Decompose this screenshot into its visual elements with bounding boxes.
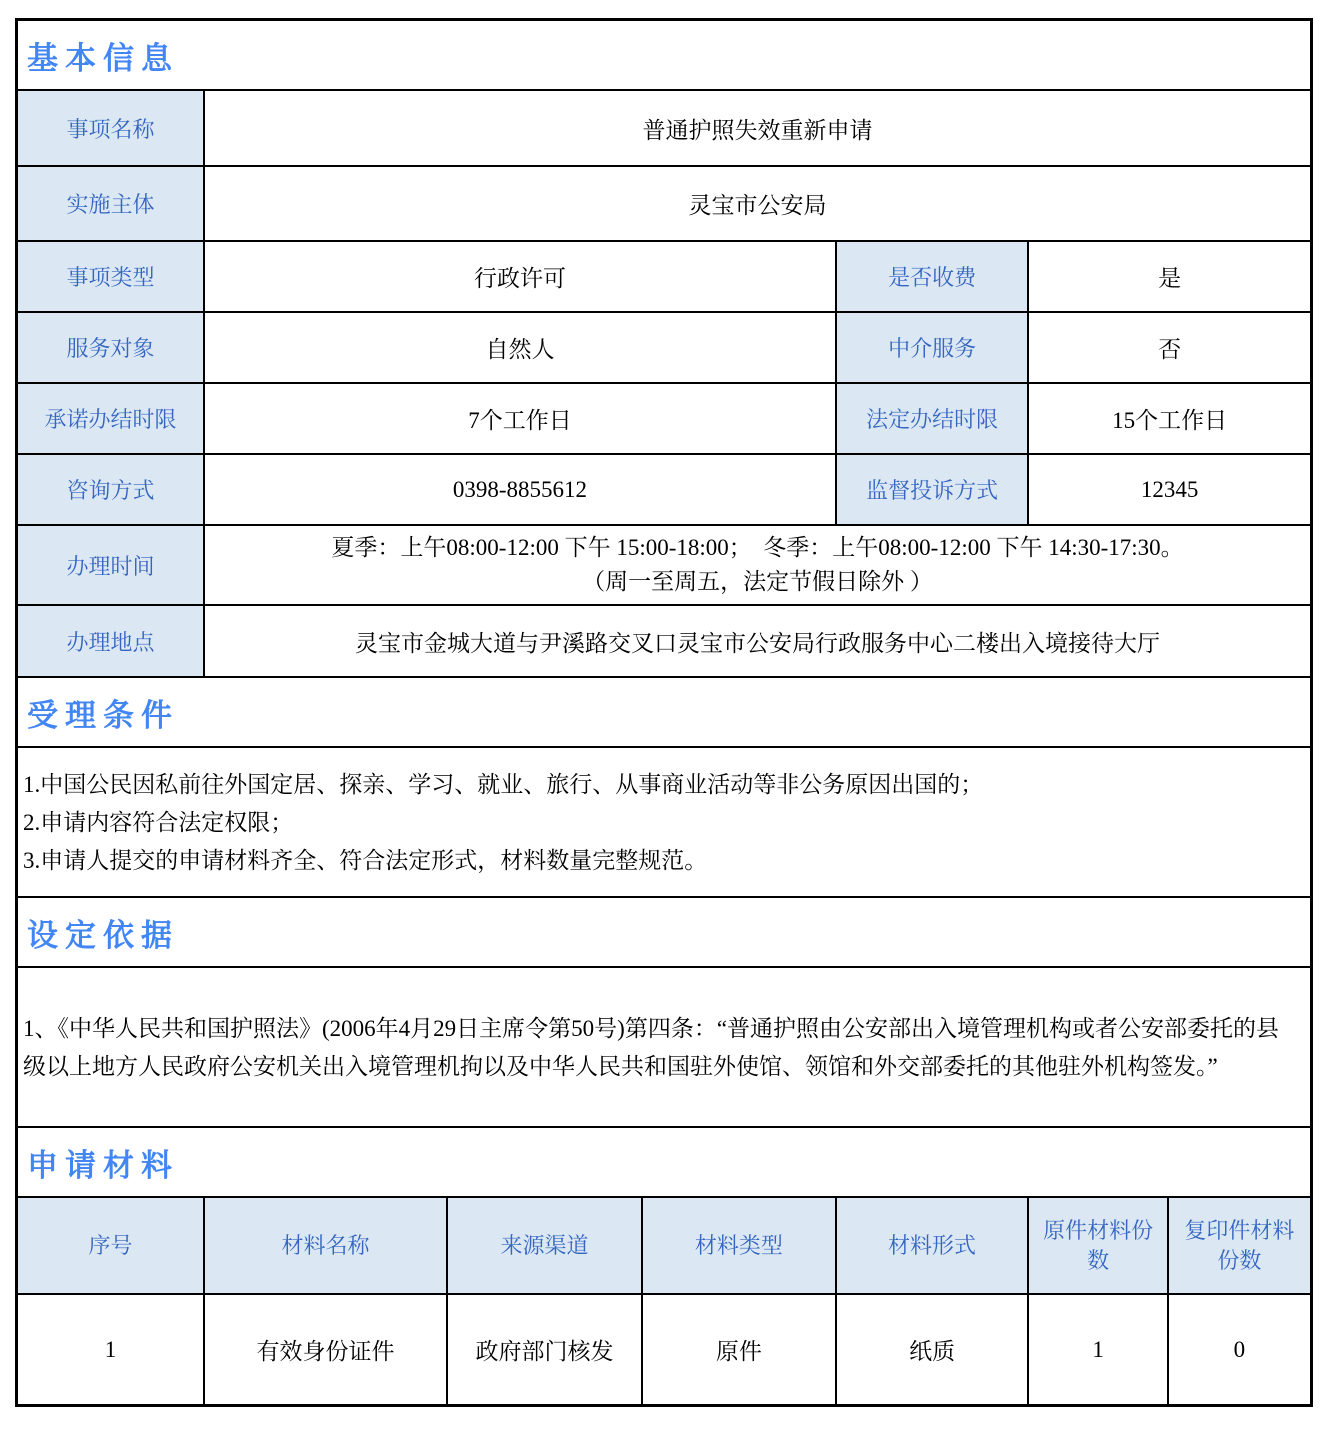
value-item-type: 行政许可: [204, 241, 836, 312]
materials-cell-source: 政府部门核发: [447, 1294, 642, 1404]
service-guide-document: 基本信息 事项名称 普通护照失效重新申请 实施主体 灵宝市公安局 事项类型 行政…: [15, 18, 1313, 1407]
table-row: 办理时间 夏季：上午08:00-12:00 下午 15:00-18:00； 冬季…: [18, 525, 1310, 605]
acceptance-condition-line: 3.申请人提交的申请材料齐全、符合法定形式，材料数量完整规范。: [23, 842, 1302, 880]
section-title-legal-basis: 设定依据: [18, 896, 1310, 968]
materials-header-seq: 序号: [18, 1198, 204, 1294]
label-service-target: 服务对象: [18, 312, 204, 383]
table-row: 服务对象 自然人 中介服务 否: [18, 312, 1310, 383]
label-item-type: 事项类型: [18, 241, 204, 312]
materials-header-row: 序号 材料名称 来源渠道 材料类型 材料形式 原件材料份数 复印件材料份数: [18, 1198, 1310, 1294]
legal-basis-body: 1、《中华人民共和国护照法》(2006年4月29日主席令第50号)第四条：“普通…: [18, 968, 1310, 1126]
value-office-location: 灵宝市金城大道与尹溪路交叉口灵宝市公安局行政服务中心二楼出入境接待大厅: [204, 605, 1310, 676]
value-promised-limit: 7个工作日: [204, 383, 836, 454]
value-implementer: 灵宝市公安局: [204, 166, 1310, 241]
legal-basis-text: 1、《中华人民共和国护照法》(2006年4月29日主席令第50号)第四条：“普通…: [23, 1010, 1302, 1086]
materials-cell-original-count: 1: [1028, 1294, 1168, 1404]
materials-header-name: 材料名称: [204, 1198, 447, 1294]
label-consult-method: 咨询方式: [18, 454, 204, 525]
label-supervise-method: 监督投诉方式: [836, 454, 1029, 525]
materials-cell-seq: 1: [18, 1294, 204, 1404]
materials-cell-type: 原件: [642, 1294, 836, 1404]
materials-header-type: 材料类型: [642, 1198, 836, 1294]
label-fee: 是否收费: [836, 241, 1029, 312]
section-title-application-materials: 申请材料: [18, 1126, 1310, 1198]
materials-data-row: 1 有效身份证件 政府部门核发 原件 纸质 1 0: [18, 1294, 1310, 1404]
value-consult-method: 0398-8855612: [204, 454, 836, 525]
value-supervise-method: 12345: [1028, 454, 1310, 525]
acceptance-condition-line: 1.中国公民因私前往外国定居、探亲、学习、就业、旅行、从事商业活动等非公务原因出…: [23, 766, 1302, 804]
label-implementer: 实施主体: [18, 166, 204, 241]
materials-header-copy-count: 复印件材料份数: [1168, 1198, 1310, 1294]
table-row: 办理地点 灵宝市金城大道与尹溪路交叉口灵宝市公安局行政服务中心二楼出入境接待大厅: [18, 605, 1310, 676]
table-row: 实施主体 灵宝市公安局: [18, 166, 1310, 241]
materials-cell-name: 有效身份证件: [204, 1294, 447, 1404]
value-legal-limit: 15个工作日: [1028, 383, 1310, 454]
label-office-location: 办理地点: [18, 605, 204, 676]
table-row: 承诺办结时限 7个工作日 法定办结时限 15个工作日: [18, 383, 1310, 454]
label-intermediary: 中介服务: [836, 312, 1029, 383]
section-title-basic-info: 基本信息: [18, 21, 1310, 91]
section-title-acceptance-conditions: 受理条件: [18, 676, 1310, 748]
acceptance-condition-line: 2.申请内容符合法定权限；: [23, 804, 1302, 842]
value-fee: 是: [1028, 241, 1310, 312]
label-office-hours: 办理时间: [18, 525, 204, 605]
value-office-hours: 夏季：上午08:00-12:00 下午 15:00-18:00； 冬季：上午08…: [204, 525, 1310, 605]
materials-cell-form: 纸质: [836, 1294, 1029, 1404]
materials-cell-copy-count: 0: [1168, 1294, 1310, 1404]
label-legal-limit: 法定办结时限: [836, 383, 1029, 454]
basic-info-table: 事项名称 普通护照失效重新申请 实施主体 灵宝市公安局 事项类型 行政许可 是否…: [18, 91, 1310, 676]
table-row: 事项类型 行政许可 是否收费 是: [18, 241, 1310, 312]
table-row: 咨询方式 0398-8855612 监督投诉方式 12345: [18, 454, 1310, 525]
materials-header-original-count: 原件材料份数: [1028, 1198, 1168, 1294]
value-intermediary: 否: [1028, 312, 1310, 383]
table-row: 事项名称 普通护照失效重新申请: [18, 91, 1310, 166]
materials-table: 序号 材料名称 来源渠道 材料类型 材料形式 原件材料份数 复印件材料份数 1 …: [18, 1198, 1310, 1404]
value-service-target: 自然人: [204, 312, 836, 383]
label-item-name: 事项名称: [18, 91, 204, 166]
label-promised-limit: 承诺办结时限: [18, 383, 204, 454]
materials-header-source: 来源渠道: [447, 1198, 642, 1294]
value-item-name: 普通护照失效重新申请: [204, 91, 1310, 166]
acceptance-conditions-body: 1.中国公民因私前往外国定居、探亲、学习、就业、旅行、从事商业活动等非公务原因出…: [18, 748, 1310, 896]
materials-header-form: 材料形式: [836, 1198, 1029, 1294]
